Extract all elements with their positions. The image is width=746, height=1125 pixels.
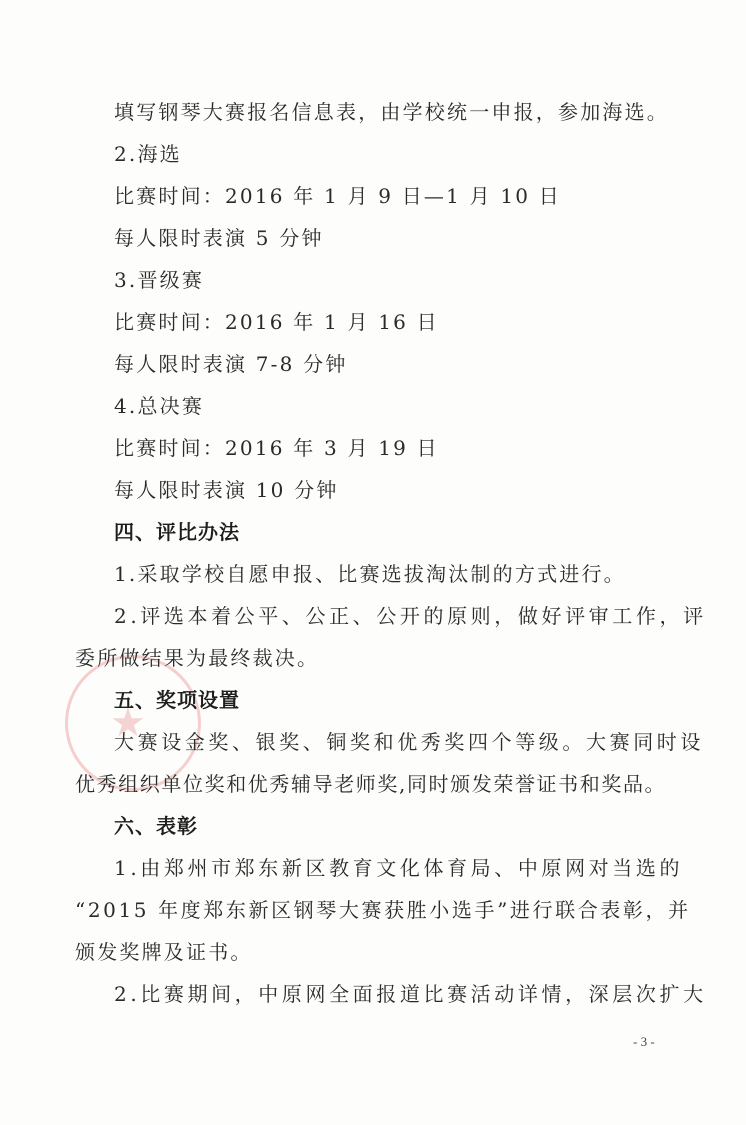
body-line: 颁发奖牌及证书。 (75, 938, 253, 966)
body-line: 2.比赛期间，中原网全面报道比赛活动详情，深层次扩大 (114, 980, 707, 1008)
section-item: 2.海选 (114, 140, 182, 168)
body-line: 比赛时间：2016 年 1 月 9 日—1 月 10 日 (114, 182, 561, 210)
body-line: 1.由郑州市郑东新区教育文化体育局、中原网对当选的 (114, 854, 683, 882)
body-line: 大赛设金奖、银奖、铜奖和优秀奖四个等级。大赛同时设 (114, 728, 704, 756)
body-line: 2.评选本着公平、公正、公开的原则，做好评审工作，评 (114, 602, 707, 630)
body-line: 委所做结果为最终裁决。 (75, 644, 319, 672)
section-heading: 五、奖项设置 (114, 686, 240, 714)
page-number: - 3 - (633, 1034, 655, 1050)
section-heading: 四、评比办法 (114, 518, 240, 546)
section-heading: 六、表彰 (114, 812, 198, 840)
section-item: 3.晋级赛 (114, 266, 204, 294)
body-line: 1.采取学校自愿申报、比赛选拔淘汰制的方式进行。 (114, 560, 626, 588)
section-item: 4.总决赛 (114, 392, 204, 420)
body-line: 每人限时表演 10 分钟 (114, 476, 339, 504)
body-line: 填写钢琴大赛报名信息表，由学校统一申报，参加海选。 (114, 98, 669, 126)
body-line: 优秀组织单位奖和优秀辅导老师奖,同时颁发荣誉证书和奖品。 (75, 770, 666, 798)
body-line: 每人限时表演 7-8 分钟 (114, 350, 348, 378)
body-line: “2015 年度郑东新区钢琴大赛获胜小选手”进行联合表彰，并 (75, 896, 691, 924)
body-line: 比赛时间：2016 年 3 月 19 日 (114, 434, 439, 462)
body-line: 每人限时表演 5 分钟 (114, 224, 324, 252)
body-line: 比赛时间：2016 年 1 月 16 日 (114, 308, 439, 336)
